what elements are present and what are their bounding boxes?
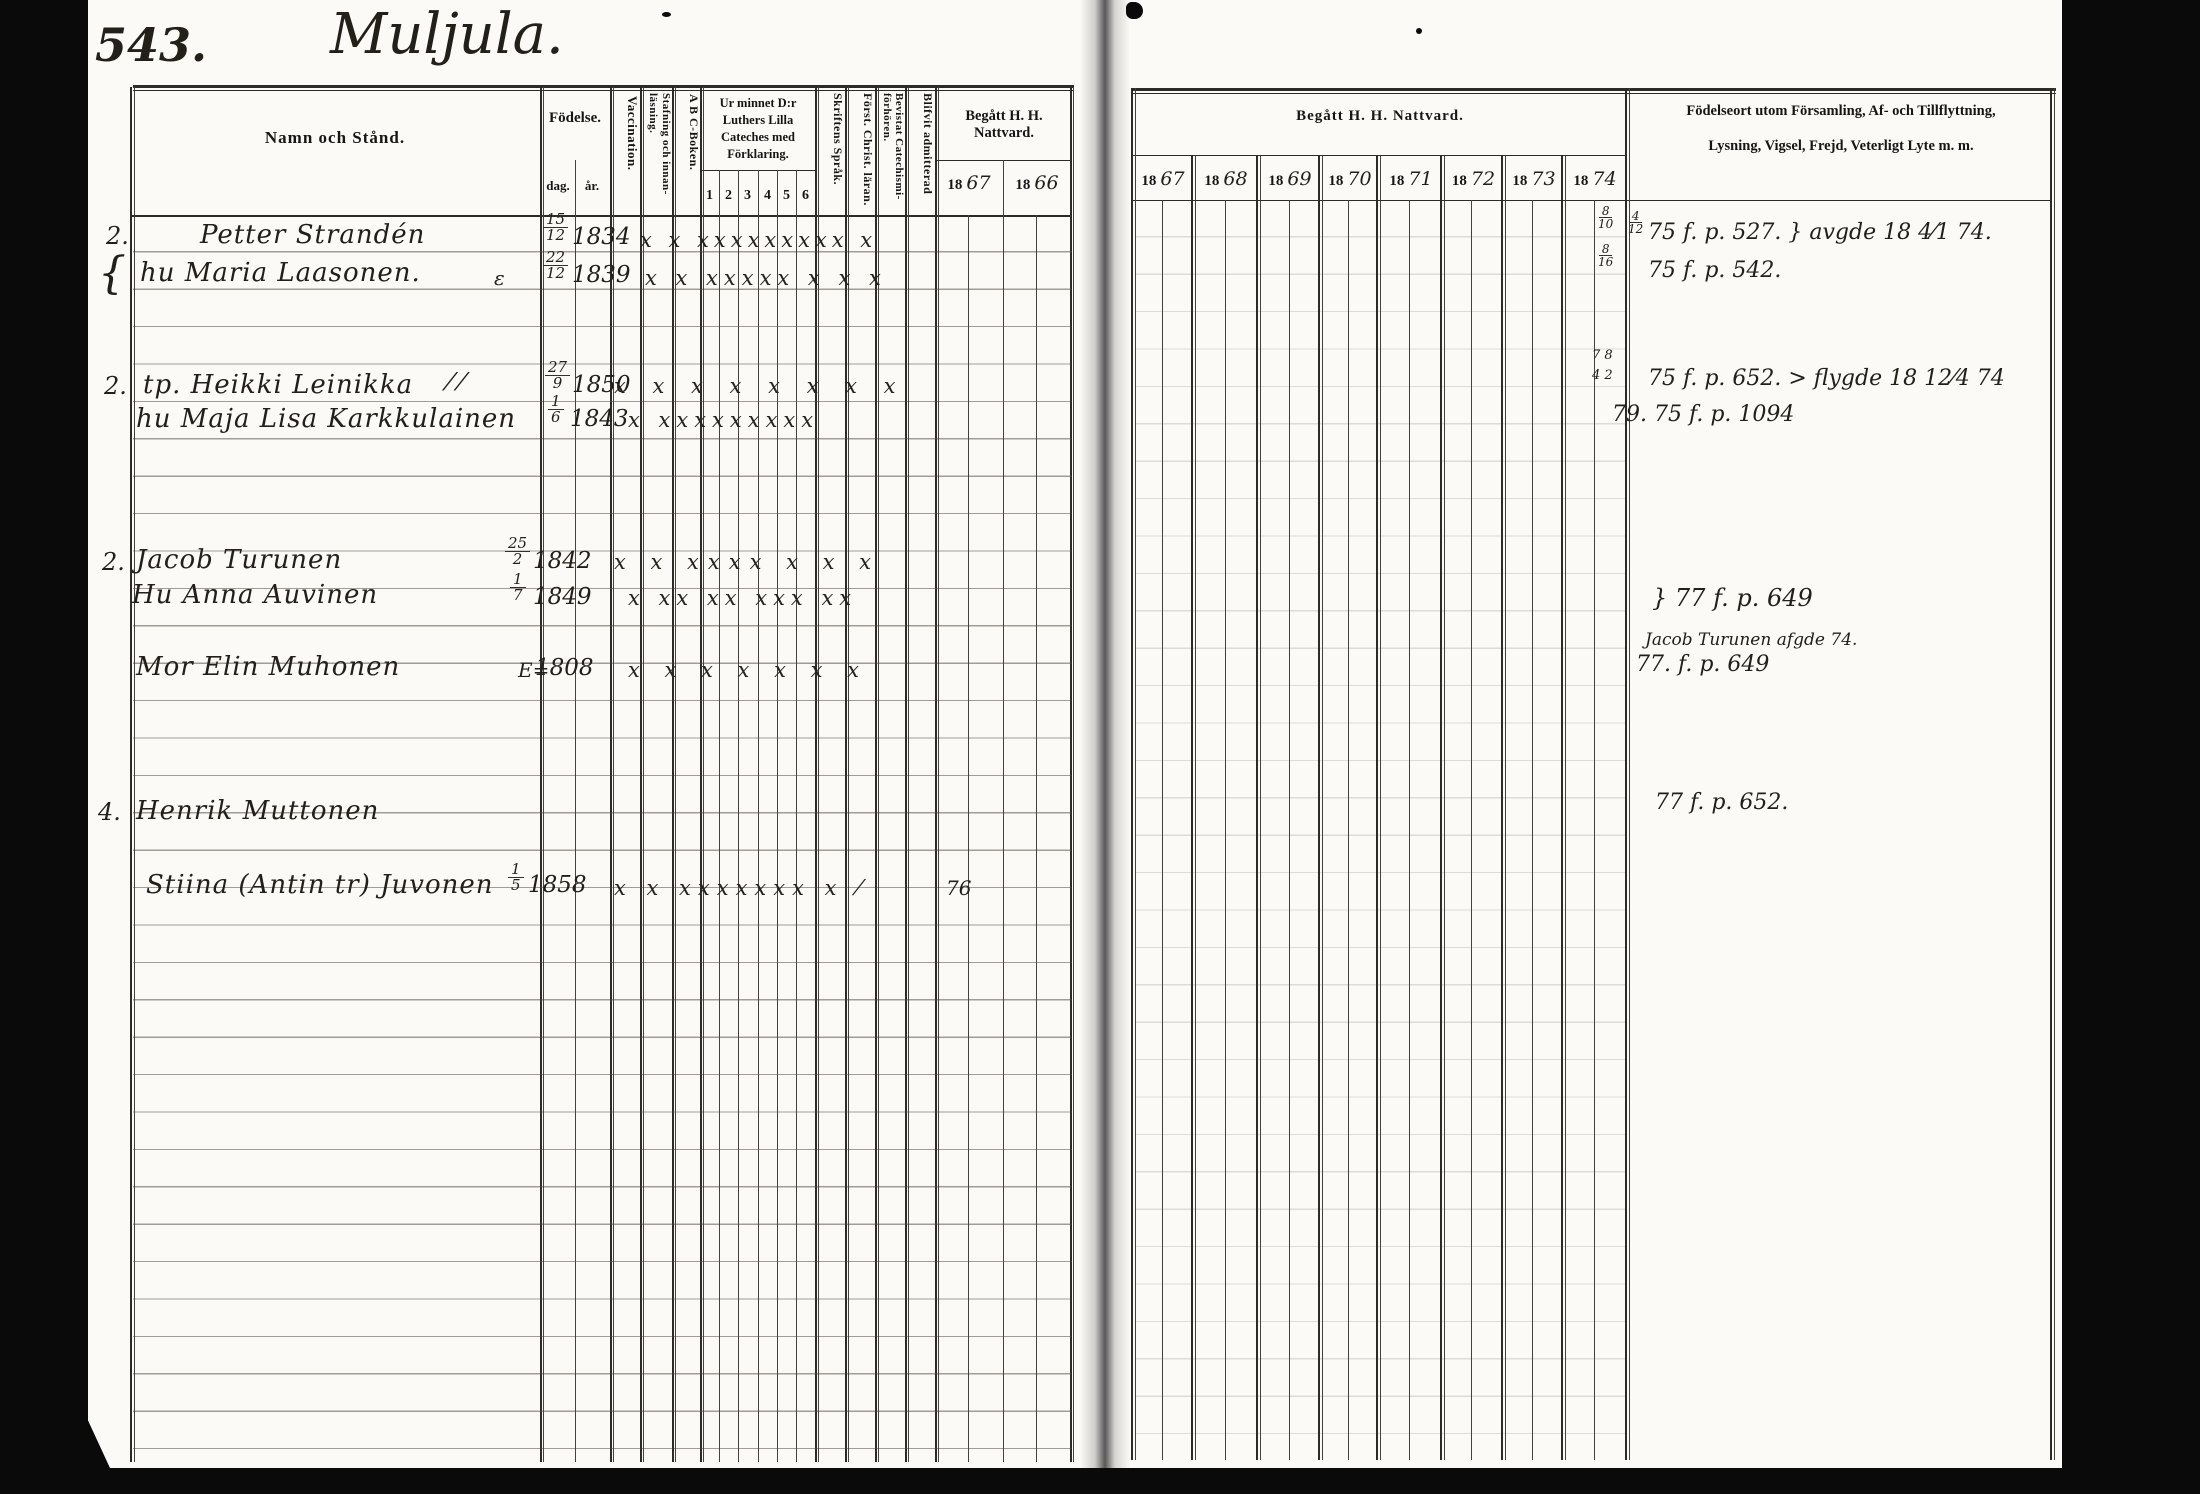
annotation-note: 75 f. p. 652. > flygde 18 12⁄4 74 [1648, 366, 2005, 391]
header-namn-och-stand: Namn och Stånd. [165, 128, 505, 148]
header-fodelseort-line2: Lysning, Vigsel, Frejd, Veterligt Lyte m… [1640, 138, 2042, 155]
header-right-year-1867: 18 67 [1133, 168, 1193, 190]
year-printed: 18 [1389, 173, 1404, 189]
row-birth-day: 15 [508, 862, 524, 893]
year-printed: 18 [1573, 173, 1588, 189]
year-written: 67 [966, 172, 990, 194]
row-marks: x x x x x x x x [614, 374, 905, 398]
header-right-year-1872: 18 72 [1444, 168, 1503, 190]
header-right-year-1871: 18 71 [1380, 168, 1442, 190]
header-ar: år. [577, 178, 607, 194]
row-admitted-year: 76 [946, 876, 971, 900]
header-forst-christ-laran: Först. Christ. läran. [847, 93, 875, 221]
header-right-year-1873: 18 73 [1505, 168, 1563, 190]
scan-speck-top-right [1416, 28, 1422, 34]
year-written: 66 [1034, 172, 1058, 194]
header-bevistat-catechismi: Bevistat Catechismi-förhören. [877, 93, 905, 221]
annotation-note: 79. 75 f. p. 1094 [1612, 402, 1794, 427]
header-begatt-nattvard-right: Begått H. H. Nattvard. [1133, 108, 1627, 125]
row-bracket-mark: ⁄ ⁄ [448, 368, 464, 396]
row-name: Petter Strandén [200, 220, 425, 250]
header-right-year-1868: 18 68 [1195, 168, 1257, 190]
row-margin-flourish: { [98, 248, 126, 299]
year-written: 74 [1592, 168, 1616, 190]
header-cat-5: 5 [777, 188, 796, 204]
row-marks: x x xxxx x x x [614, 550, 880, 574]
row-margin-number: 2. [102, 548, 125, 576]
header-cat-4: 4 [758, 188, 777, 204]
header-left-year-1866: 18 66 [1006, 172, 1068, 194]
comm-mark-fraction: 412 [1628, 210, 1643, 235]
row-name: Stiina (Antin tr) Juvonen [146, 870, 494, 900]
header-right-year-1869: 18 69 [1260, 168, 1320, 190]
row-birth-year: 1808 [535, 655, 594, 681]
year-printed: 18 [1328, 173, 1343, 189]
page-title: Muljula. [330, 2, 564, 67]
row-name: Henrik Muttonen [136, 796, 379, 826]
row-birth-year: 1842 [533, 548, 592, 574]
header-fodelseort-line1: Födelseort utom Församling, Af- och Till… [1640, 103, 2042, 120]
year-printed: 18 [1204, 173, 1219, 189]
row-name: hu Maria Laasonen. [140, 258, 421, 288]
row-birth-day: 16 [548, 394, 564, 425]
row-name: Mor Elin Muhonen [136, 652, 400, 682]
row-name: tp. Heikki Leinikka [143, 370, 413, 400]
header-dag: dag. [543, 178, 573, 194]
header-left-year-1867: 18 67 [938, 172, 1000, 194]
page-number: 543. [95, 18, 207, 72]
year-written: 73 [1531, 168, 1555, 190]
scanned-book-spread: 543. Muljula. [0, 0, 2200, 1494]
comm-mark-small: 7 8 [1592, 348, 1613, 363]
header-cat-1: 1 [700, 188, 719, 204]
header-abc-boken: A B C-Boken. [675, 94, 701, 216]
row-margin-number: 2. [106, 222, 129, 250]
annotation-note: 77. f. p. 649 [1636, 652, 1769, 677]
year-written: 68 [1223, 168, 1247, 190]
row-marks: x x x x x x x [628, 658, 868, 682]
annotation-note: 75 f. p. 542. [1648, 258, 1781, 283]
header-ur-minnet: Ur minnet D:r Luthers Lilla Cateches med… [702, 95, 814, 163]
row-birth-year: 1858 [528, 872, 587, 898]
comm-mark-small: 4 2 [1592, 368, 1613, 383]
scan-speck-top-left [662, 12, 671, 17]
header-vaccination: Vaccination. [612, 96, 640, 214]
header-stafning: Stafning och innan-läsning. [641, 93, 672, 218]
scan-border-bottom [0, 1468, 2200, 1494]
annotation-note: } 77 f. p. 649 [1652, 584, 1813, 612]
row-name: Jacob Turunen [136, 545, 342, 575]
row-birth-day: 2212 [543, 250, 568, 281]
row-marks: x x xxxxx x x x [645, 266, 887, 290]
header-begatt-nattvard-left: Begått H. H. Nattvard. [936, 108, 1072, 142]
year-printed: 18 [1015, 177, 1030, 193]
row-margin-number: 4. [98, 798, 121, 826]
row-birth-day: 17 [510, 572, 526, 603]
row-flourish-mark: ε [494, 266, 505, 290]
row-margin-number: 2. [104, 372, 127, 400]
row-birth-day: 252 [505, 536, 530, 567]
comm-mark-fraction: 810 [1598, 205, 1613, 230]
annotation-note: 77 f. p. 652. [1655, 790, 1788, 815]
row-birth-day: 1512 [543, 212, 568, 243]
header-fodelse: Födelse. [541, 110, 609, 127]
year-written: 71 [1408, 168, 1432, 190]
row-marks: x xx xx xxx xx [628, 586, 857, 610]
year-written: 67 [1160, 168, 1184, 190]
row-marks: x xxxxxxxxx [628, 408, 819, 432]
header-skriftens-sprak: Skriftens Språk. [818, 93, 845, 221]
book-gutter-shadow [1080, 0, 1130, 1470]
header-blifvit-admitterad: Blifvit admitterad [909, 93, 935, 221]
header-cat-6: 6 [796, 188, 815, 204]
row-birth-year: 1834 [572, 224, 631, 250]
row-birth-year: 1849 [533, 584, 592, 610]
year-printed: 18 [1512, 173, 1527, 189]
row-birth-year: 1839 [572, 262, 631, 288]
annotation-note: 75 f. p. 527. } avgde 18 4⁄1 74. [1648, 220, 1992, 245]
year-printed: 18 [947, 177, 962, 193]
annotation-note: Jacob Turunen afgde 74. [1645, 630, 1857, 650]
row-marks: x x xxxxxxxxx x [640, 228, 877, 252]
row-name: hu Maja Lisa Karkkulainen [136, 404, 516, 434]
header-cat-2: 2 [719, 188, 738, 204]
row-name: Hu Anna Auvinen [132, 580, 378, 610]
year-written: 69 [1287, 168, 1311, 190]
row-birth-day: 279 [545, 360, 570, 391]
header-right-year-1874: 18 74 [1565, 168, 1625, 190]
header-cat-3: 3 [738, 188, 757, 204]
comm-mark-fraction: 816 [1598, 243, 1613, 268]
row-marks: x x xxxxxxx x ⁄ [614, 876, 868, 900]
year-written: 70 [1347, 168, 1371, 190]
scan-border-right [2062, 0, 2200, 1494]
row-birth-year: 1843 [570, 406, 629, 432]
year-written: 72 [1471, 168, 1495, 190]
header-right-year-1870: 18 70 [1322, 168, 1378, 190]
scan-speck-top-center [1126, 2, 1143, 19]
year-printed: 18 [1452, 173, 1467, 189]
year-printed: 18 [1141, 173, 1156, 189]
year-printed: 18 [1268, 173, 1283, 189]
